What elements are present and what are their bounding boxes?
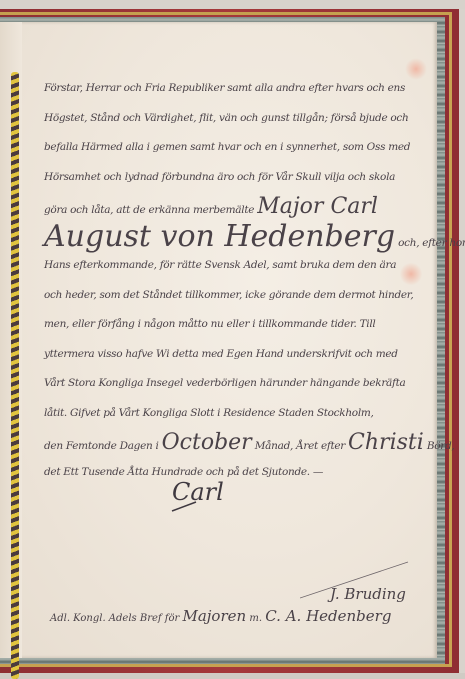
body-line: Vårt Stora Kongliga Insegel vederbörlige… bbox=[44, 369, 424, 399]
body-line: Hörsamhet och lydnad förbundna äro och f… bbox=[44, 163, 424, 193]
body-line: göra och låta, att de erkänna merbemälte… bbox=[44, 192, 424, 222]
body-line: den Femtonde Dagen i October Månad, Året… bbox=[44, 428, 424, 458]
body-line: befalla Härmed alla i gemen samt hvar oc… bbox=[44, 133, 424, 163]
document-body: Förstar, Herrar och Fria Republiker samt… bbox=[44, 74, 424, 487]
body-line: det Ett Tusende Åtta Hundrade och på det… bbox=[44, 458, 424, 488]
background-top bbox=[0, 0, 465, 9]
countersignature: J. Bruding bbox=[330, 585, 406, 603]
body-line: Förstar, Herrar och Fria Republiker samt… bbox=[44, 74, 424, 104]
docket-note: Adl. Kongl. Adels Bref för Majoren m. C.… bbox=[50, 607, 391, 625]
body-line: August von Hedenberg och, efter honom, e… bbox=[44, 222, 424, 252]
ribbon-cord bbox=[11, 72, 19, 679]
body-line: och heder, som det Ståndet tillkommer, i… bbox=[44, 281, 424, 311]
background-bottom bbox=[0, 673, 465, 679]
body-line: Högstet, Stånd och Värdighet, flit, vän … bbox=[44, 104, 424, 134]
body-line: men, eller förfång i någon måtto nu elle… bbox=[44, 310, 424, 340]
body-line: Hans efterkommande, för rätte Svensk Ade… bbox=[44, 251, 424, 281]
signature-flourish-icon bbox=[170, 500, 200, 512]
name-august-von-hedenberg: August von Hedenberg bbox=[44, 219, 395, 254]
name-major-carl: Major Carl bbox=[257, 194, 378, 219]
body-line: låtit. Gifvet på Vårt Kongliga Slott i R… bbox=[44, 399, 424, 429]
body-line: yttermera visso hafve Wi detta med Egen … bbox=[44, 340, 424, 370]
